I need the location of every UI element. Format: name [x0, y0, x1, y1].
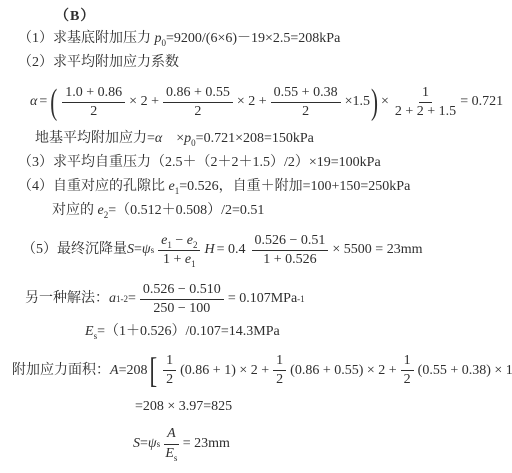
step-2-line: （2）求平均附加应力系数 [18, 54, 506, 72]
var-alpha: α [155, 131, 162, 146]
avg-stress-equation: =0.721×208=150kPa [196, 131, 314, 146]
fraction-1-denominator: 2 [90, 103, 97, 120]
half-denominator: 2 [166, 371, 173, 388]
fraction-denominator-Es: Es [165, 445, 177, 462]
fraction-3-numerator: 0.55 + 0.38 [271, 85, 341, 103]
step-4b-equation: =（0.512＋0.508）/2=0.51 [108, 203, 264, 218]
alt-method-result: = 0.107MPa [228, 290, 297, 308]
half-fraction-3: 12 [401, 353, 414, 388]
var-H: H [204, 241, 214, 259]
step-3-line: （3）求平均自重压力（2.5＋（2＋2＋1.5）/2）×19=100kPa [18, 154, 506, 172]
var-Es-sub: s [174, 452, 178, 462]
numeric-fraction-denominator: 1 + 0.526 [263, 251, 316, 268]
area-coefficient: =208 [119, 362, 148, 380]
settlement-formula: （5）最终沉降量 S = ψ s e1 − e2 1 + e1 H = 0.4 … [22, 233, 506, 268]
var-Es: E [85, 324, 94, 339]
settlement-mid: = 0.4 [217, 241, 246, 259]
half-denominator: 2 [276, 371, 283, 388]
alt-method-formula: 另一种解法： a 1-2 = 0.526 − 0.510250 − 100 = … [25, 282, 506, 317]
open-paren: ( [50, 84, 57, 120]
step-1-text: （1）求基底附加压力 [18, 31, 155, 46]
compressibility-numerator: 0.526 − 0.510 [140, 282, 224, 300]
close-paren: ) [371, 84, 378, 120]
step-1-equation: =9200/(6×6)－19×2.5=208kPa [166, 31, 340, 46]
fraction-4-denominator: 2 + 2 + 1.5 [395, 103, 456, 120]
alpha-formula: α = ( 1.0 + 0.862 × 2 + 0.86 + 0.552 × 2… [30, 85, 506, 120]
half-numerator: 1 [163, 353, 176, 371]
area-over-modulus-fraction: A Es [164, 426, 179, 461]
equals-sign: = [128, 290, 136, 308]
open-bracket: [ [149, 353, 157, 389]
step-1-line: （1）求基底附加压力 p0=9200/(6×6)－19×2.5=208kPa [18, 30, 506, 48]
fraction-2-denominator: 2 [194, 103, 201, 120]
var-e1-sub: 1 [191, 258, 196, 268]
equals-sign: = [140, 435, 148, 453]
half-numerator: 1 [273, 353, 286, 371]
compressibility-denominator: 250 − 100 [153, 300, 210, 317]
step-5-label: （5）最终沉降量 [22, 241, 127, 259]
step-4b-line: 对应的 e2=（0.512＋0.508）/2=0.51 [52, 202, 506, 220]
step-4-equation: =0.526，自重＋附加=100+150=250kPa [179, 179, 410, 194]
alpha-term-1-op: × 2 + [129, 93, 159, 111]
avg-stress-line: 地基平均附加应力=α×p0=0.721×208=150kPa [35, 130, 506, 148]
alpha-term-2-op: × 2 + [237, 93, 267, 111]
fraction-1: 1.0 + 0.862 [62, 85, 125, 120]
times-sign: × [381, 93, 389, 111]
fraction-numerator-A: A [164, 426, 179, 444]
settlement-result: × 5500 = 23mm [332, 241, 422, 259]
fraction-1-numerator: 1.0 + 0.86 [62, 85, 125, 103]
area-term-3: (0.55 + 0.38) × 1.5 [418, 362, 512, 380]
var-alpha: α [30, 93, 37, 111]
solution-document-page: （B） （1）求基底附加压力 p0=9200/(6×6)－19×2.5=208k… [0, 0, 512, 473]
numeric-fraction-numerator: 0.526 − 0.51 [252, 233, 329, 251]
area-result-line: =208 × 3.97=825 [135, 398, 506, 416]
fraction-2: 0.86 + 0.552 [163, 85, 233, 120]
void-ratio-numerator: e1 − e2 [158, 233, 200, 251]
void-ratio-denominator: 1 + e1 [163, 251, 196, 268]
step-4b-text: 对应的 [52, 203, 98, 218]
numeric-fraction: 0.526 − 0.511 + 0.526 [252, 233, 329, 268]
fraction-4: 12 + 2 + 1.5 [395, 85, 456, 120]
var-A: A [110, 362, 119, 380]
es-line: Es=（1＋0.526）/0.107=14.3MPa [85, 323, 506, 341]
minus-sign: − [172, 233, 187, 248]
area-formula: 附加应力面积： A =208 [ 12 (0.86 + 1) × 2 + 12 … [12, 353, 506, 388]
fraction-3-denominator: 2 [302, 103, 309, 120]
var-p: p [155, 31, 162, 46]
equals-sign: = [39, 93, 47, 111]
compressibility-fraction: 0.526 − 0.510250 − 100 [140, 282, 224, 317]
half-denominator: 2 [404, 371, 411, 388]
alpha-result: = 0.721 [460, 93, 503, 111]
fraction-3: 0.55 + 0.382 [271, 85, 341, 120]
var-Es: E [165, 446, 174, 461]
denominator-text: 1 + [163, 252, 185, 267]
var-a: a [109, 290, 116, 308]
var-S: S [133, 435, 140, 453]
times-sign: × [176, 131, 184, 146]
fraction-2-numerator: 0.86 + 0.55 [163, 85, 233, 103]
half-fraction-1: 12 [163, 353, 176, 388]
step-4-text: （4）自重对应的孔隙比 [18, 179, 169, 194]
var-e2-sub: 2 [193, 239, 198, 249]
final-result: = 23mm [183, 435, 230, 453]
area-label: 附加应力面积： [12, 362, 110, 380]
alt-method-label: 另一种解法： [25, 290, 109, 308]
section-heading: （B） [55, 8, 506, 26]
area-term-2: (0.86 + 0.55) × 2 + [290, 362, 397, 380]
final-settlement-formula: S = ψ s A Es = 23mm [133, 426, 506, 461]
alpha-term-3-op: ×1.5 [345, 93, 370, 111]
half-fraction-2: 12 [273, 353, 286, 388]
area-term-1: (0.86 + 1) × 2 + [180, 362, 269, 380]
es-equation: =（1＋0.526）/0.107=14.3MPa [97, 324, 280, 339]
void-ratio-fraction: e1 − e2 1 + e1 [158, 233, 200, 268]
equals-sign: = [134, 241, 142, 259]
var-S: S [127, 241, 134, 259]
avg-stress-text: 地基平均附加应力= [35, 131, 155, 146]
var-psi: ψ [148, 435, 157, 453]
half-numerator: 1 [401, 353, 414, 371]
var-psi: ψ [142, 241, 151, 259]
step-4-line: （4）自重对应的孔隙比 e1=0.526，自重＋附加=100+150=250kP… [18, 178, 506, 196]
fraction-4-numerator: 1 [419, 85, 432, 103]
